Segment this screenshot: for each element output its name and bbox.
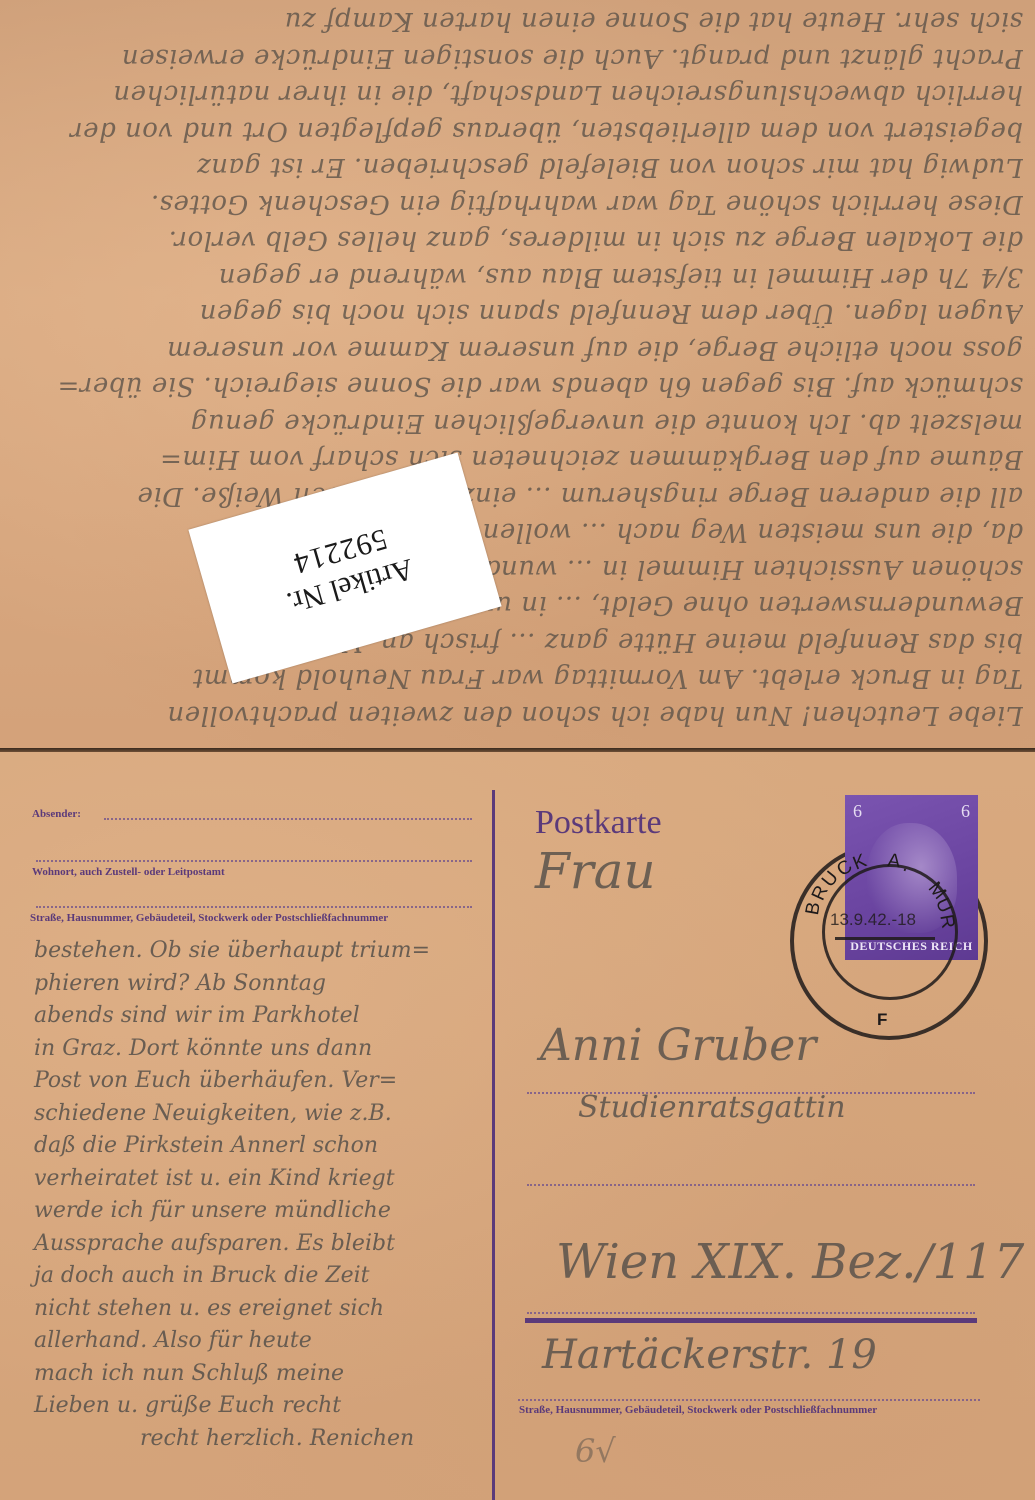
postmark-date: 13.9.42.-18 [830,910,916,930]
recipient-title: Studienratsgattin [578,1090,846,1125]
strasse-label: Straße, Hausnummer, Gebäudeteil, Stockwe… [30,912,388,924]
wohnort-line [36,860,472,862]
back-message-line: da, die uns meisten Weg nach ... wollen … [8,518,1023,548]
postmark-letter: R [934,913,958,930]
vertical-divider [492,790,495,1500]
back-message-line: herrlich abwechslungsreichen Landschaft,… [8,80,1023,110]
recipient-name: Anni Gruber [540,1020,816,1071]
postcard-front: Absender: Wohnort, auch Zustell- oder Le… [0,752,1035,1500]
address-line-2 [527,1184,975,1186]
back-message-line: Tag in Bruck erlebt. Am Vormittag war Fr… [8,664,1023,694]
message-line: werde ich für unsere mündliche [34,1198,391,1223]
back-message-line: begeistert von dem allerliebsten, überau… [8,116,1023,146]
postmark-code: F [877,1010,887,1030]
address-line-3 [527,1312,975,1314]
stamp-value-right: 6 [961,801,970,822]
message-line: Post von Euch überhäufen. Ver= [34,1068,397,1093]
back-message-line: Pracht glänzt und prangt. Auch die sonst… [8,43,1023,73]
back-message-line: goss noch etliche Berge, die auf unserem… [8,335,1023,365]
recipient-street: Hartäckerstr. 19 [542,1332,877,1378]
message-line: mach ich nun Schluß meine [34,1361,344,1386]
back-message-line: Diese herrlich schöne Tag war wahrhaftig… [8,189,1023,219]
postmark-letter: . [900,855,913,877]
back-message-line: all die anderen Berge ringsherum ... ein… [8,481,1023,511]
recipient-city: Wien XIX. Bez./117 [556,1234,1024,1290]
back-message-line: schönen Aussichten Himmel in ... wunderv… [8,554,1023,584]
message-line: Aussprache aufsparen. Es bleibt [34,1231,395,1256]
message-line: allerhand. Also für heute [34,1328,312,1353]
pencil-note: 6√ [575,1432,616,1470]
back-message-line: Bäume auf den Bergkämmen zeichneten sich… [8,445,1023,475]
message-line: Lieben u. grüße Euch recht [34,1393,341,1418]
back-message-line: Augen lagen. Über dem Rennfeld spann sic… [8,299,1023,329]
address-city-underline [525,1318,977,1323]
back-message-line: melszelt ab. Ich konnte die unvergeßlich… [8,408,1023,438]
card-title: Postkarte [535,804,662,842]
back-message-line: Ludwig hat mir schon von Bielefeld gesch… [8,153,1023,183]
back-message-line: sich sehr. Heute hat die Sonne einen har… [8,7,1023,37]
strasse-line [36,906,472,908]
back-message: Liebe Leutchen! Nun habe ich schon den z… [0,0,1035,748]
postmark-letter: A [886,850,901,873]
back-message-line: Liebe Leutchen! Nun habe ich schon den z… [8,700,1023,730]
wohnort-label: Wohnort, auch Zustell- oder Leitpostamt [32,866,225,878]
stamp-value-left: 6 [853,801,862,822]
message-line: nicht stehen u. es ereignet sich [34,1296,384,1321]
message-line: abends sind wir im Parkhotel [34,1003,360,1028]
postcard-back: Liebe Leutchen! Nun habe ich schon den z… [0,0,1035,748]
back-message-line: bis das Rennfeld meine Hütte ganz ... fr… [8,627,1023,657]
recipient-salutation: Frau [535,842,656,900]
back-message-line: 3/4 7h der Himmel in tiefstem Blau aus, … [8,262,1023,292]
back-message-line: die Lokalen Berge zu sich in milderes, g… [8,226,1023,256]
message-line: bestehen. Ob sie überhaupt trium= [34,938,430,963]
back-message-line: schmück auf. Bis gegen 6h abends war die… [8,372,1023,402]
message-line: in Graz. Dort könnte uns dann [34,1036,372,1061]
absender-label: Absender: [32,808,81,820]
postmark-letter: B [802,901,826,917]
message-line: recht herzlich. Renichen [140,1426,414,1451]
address-line-4 [518,1399,980,1401]
message-line: ja doch auch in Bruck die Zeit [34,1263,370,1288]
message-line: schiedene Neuigkeiten, wie z.B. [34,1101,392,1126]
message-line: verheiratet ist u. ein Kind kriegt [34,1166,395,1191]
postmark-city: BRUCK A. MUR [790,842,980,1032]
back-message-line: Bewundernswerten ohne Geldt, ... in unse… [8,591,1023,621]
absender-line [104,818,472,820]
message-line: daß die Pirkstein Annerl schon [34,1133,378,1158]
message-line: phieren wird? Ab Sonntag [34,971,326,996]
address-form-label: Straße, Hausnummer, Gebäudeteil, Stockwe… [519,1404,877,1416]
